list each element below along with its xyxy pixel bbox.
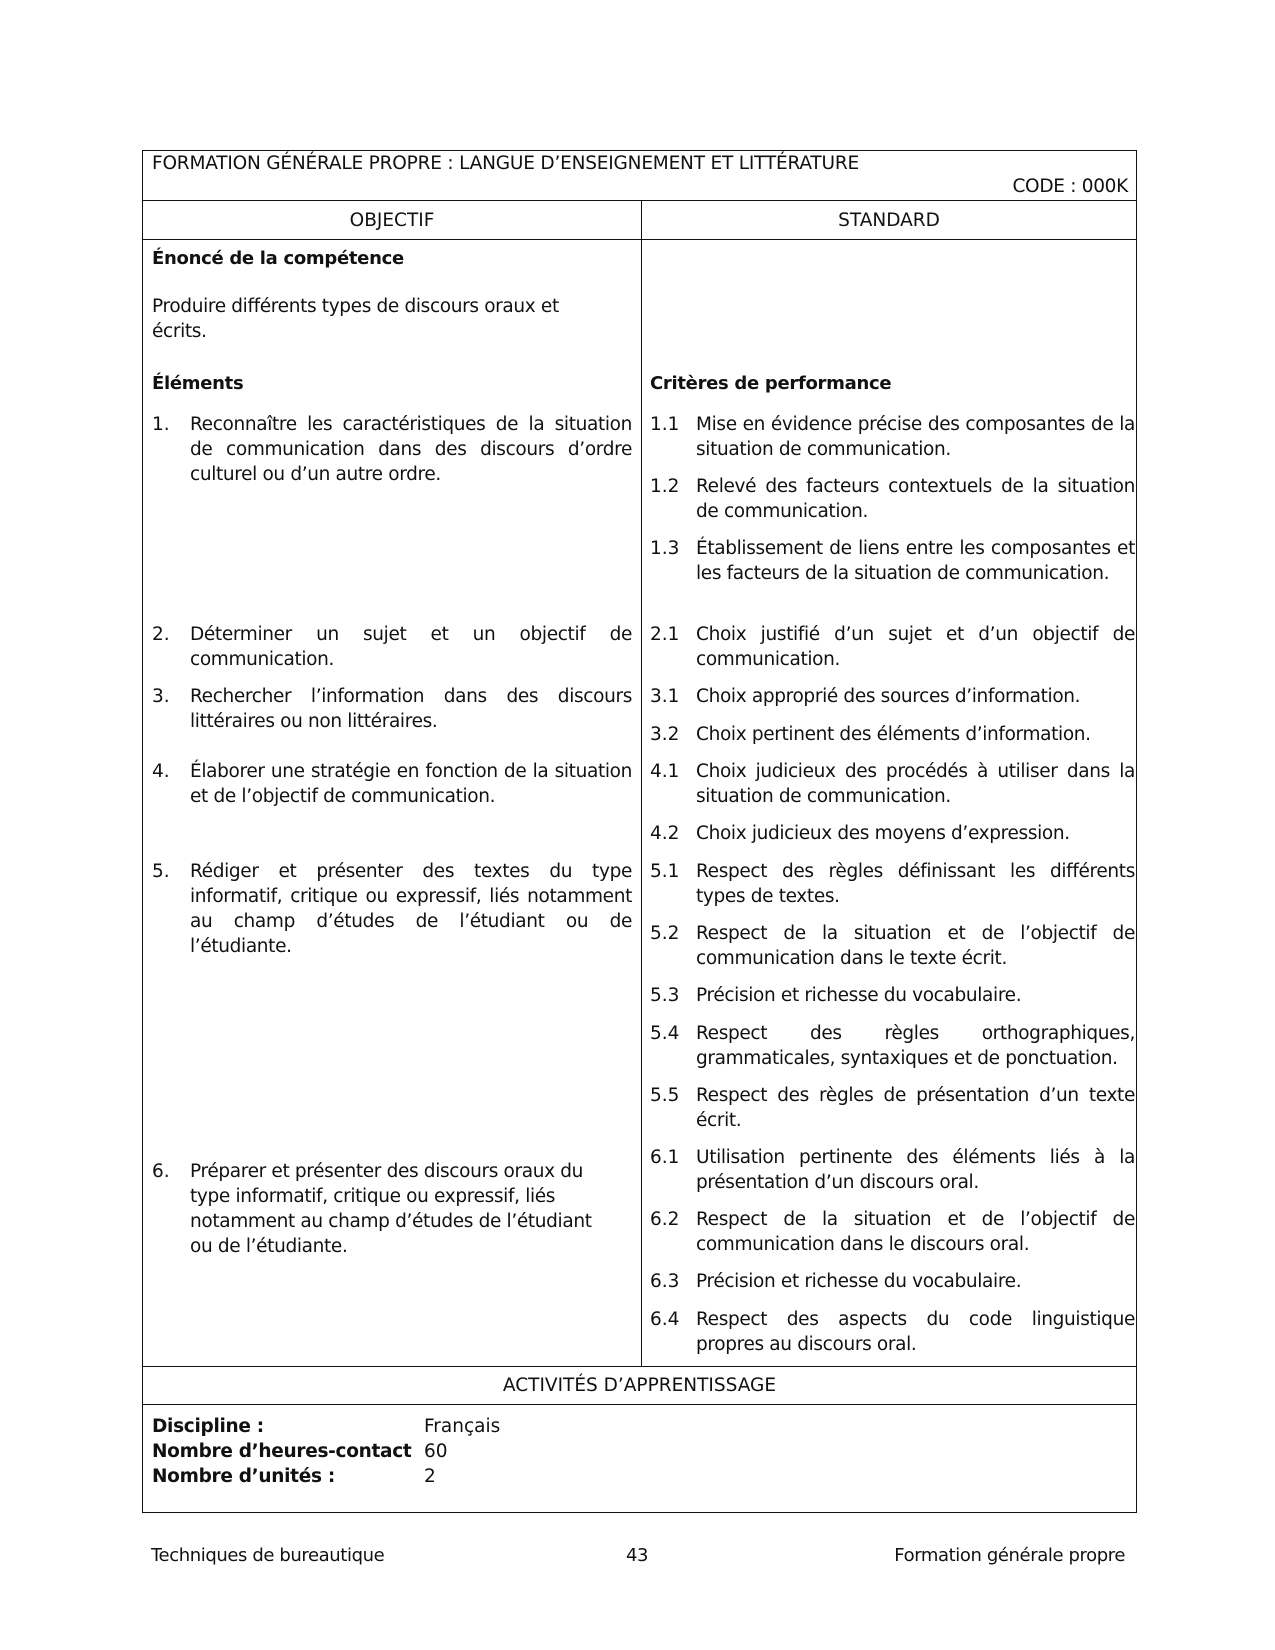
criterion-item: 6.3Précision et richesse du vocabulaire. [650,1269,1135,1294]
competence-statement: Produire différents types de discours or… [152,294,582,344]
element-item: 6. Préparer et présenter des discours or… [152,1159,602,1259]
element-item: 1. Reconnaître les caractéristiques de l… [152,412,632,487]
elements-heading: Éléments [152,373,243,394]
info-row-discipline: Discipline : Français [152,1414,500,1439]
element-item: 3. Rechercher l’information dans des dis… [152,684,632,734]
column-header-objectif: OBJECTIF [143,201,642,239]
competence-heading: Énoncé de la compétence [152,248,404,269]
criterion-item: 1.2Relevé des facteurs contextuels de la… [650,474,1135,524]
footer-right: Formation générale propre [894,1545,1125,1566]
activities-heading: ACTIVITÉS D’APPRENTISSAGE [143,1367,1136,1405]
standard-column: Critères de performance 1.1Mise en évide… [642,240,1136,1366]
criteria-heading: Critères de performance [650,373,891,394]
criterion-item: 5.3Précision et richesse du vocabulaire. [650,983,1135,1008]
criterion-item: 4.1Choix judicieux des procédés à utilis… [650,759,1135,809]
info-row-units: Nombre d’unités : 2 [152,1464,436,1489]
column-header-standard: STANDARD [642,201,1136,239]
table-body: Énoncé de la compétence Produire différe… [143,240,1136,1367]
objectif-column: Énoncé de la compétence Produire différe… [143,240,642,1366]
element-item: 2. Déterminer un sujet et un objectif de… [152,622,632,672]
criterion-item: 1.3Établissement de liens entre les comp… [650,536,1135,586]
criterion-item: 5.2Respect de la situation et de l’objec… [650,921,1135,971]
competence-table: FORMATION GÉNÉRALE PROPRE : LANGUE D’ENS… [142,150,1137,1513]
criterion-item: 5.4Respect des règles orthographiques, g… [650,1021,1135,1071]
column-headers: OBJECTIF STANDARD [143,201,1136,240]
course-code: CODE : 000K [1012,176,1128,197]
criterion-item: 6.2Respect de la situation et de l’objec… [650,1207,1135,1257]
document-title: FORMATION GÉNÉRALE PROPRE : LANGUE D’ENS… [152,153,859,174]
title-row: FORMATION GÉNÉRALE PROPRE : LANGUE D’ENS… [143,151,1136,201]
criterion-item: 2.1Choix justifié d’un sujet et d’un obj… [650,622,1135,672]
criterion-item: 5.1Respect des règles définissant les di… [650,859,1135,909]
footer-left: Techniques de bureautique [151,1545,384,1566]
page-number: 43 [626,1545,648,1566]
criterion-item: 6.4Respect des aspects du code linguisti… [650,1307,1135,1357]
criterion-item: 5.5Respect des règles de présentation d’… [650,1083,1135,1133]
element-item: 5. Rédiger et présenter des textes du ty… [152,859,632,959]
criterion-item: 3.1Choix approprié des sources d’informa… [650,684,1135,709]
criterion-item: 1.1Mise en évidence précise des composan… [650,412,1135,462]
activities-info: Discipline : Français Nombre d’heures-co… [143,1405,1136,1512]
criterion-item: 4.2Choix judicieux des moyens d’expressi… [650,821,1135,846]
criterion-item: 6.1Utilisation pertinente des éléments l… [650,1145,1135,1195]
criterion-item: 3.2Choix pertinent des éléments d’inform… [650,722,1135,747]
element-item: 4. Élaborer une stratégie en fonction de… [152,759,632,809]
